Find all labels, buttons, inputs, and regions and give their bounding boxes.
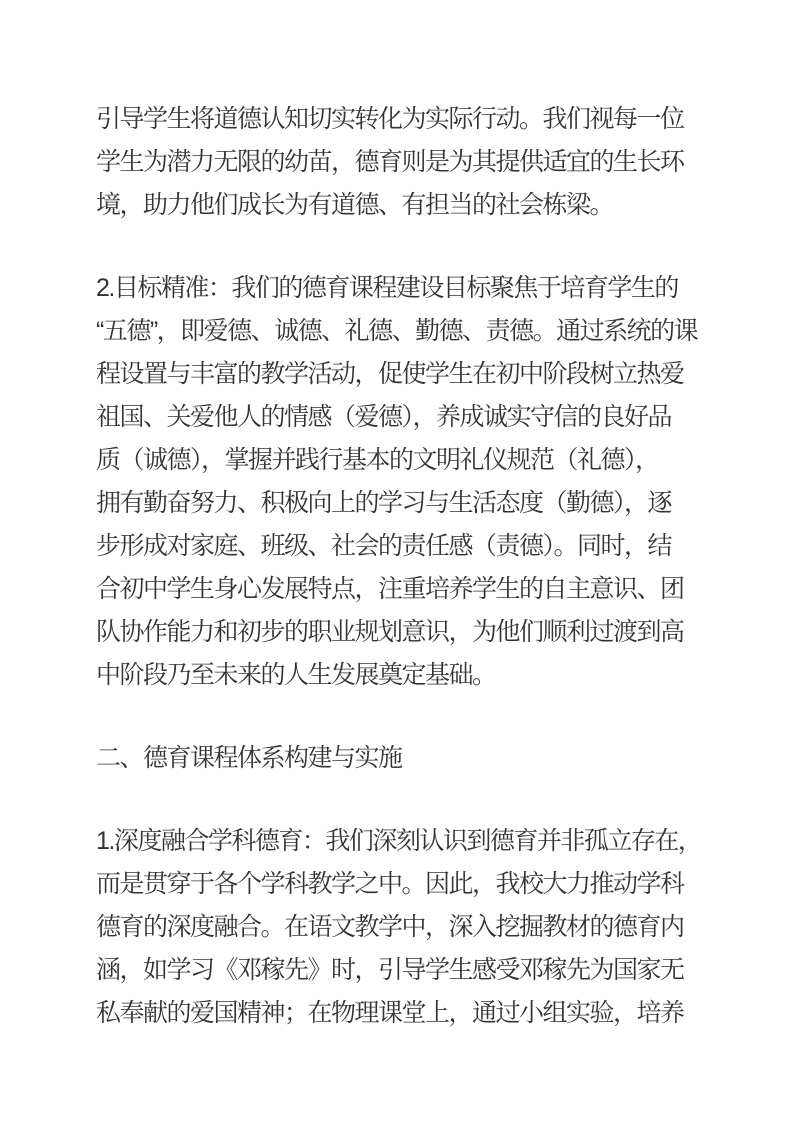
paragraph-moral-action-continuation: 引导学生将道德认知切实转化为实际行动。我们视每一位 学生为潜力无限的幼苗，德育则…: [96, 98, 793, 227]
section-heading-moral-curriculum: 二、德育课程体系构建与实施: [96, 737, 793, 780]
paragraph-goal-precision: 2.目标精准：我们的德育课程建设目标聚焦于培育学生的 “五德”，即爱德、诚德、礼…: [96, 267, 793, 697]
paragraph-subject-integration: 1.深度融合学科德育：我们深刻认识到德育并非孤立存在， 而是贯穿于各个学科教学之…: [96, 820, 793, 1035]
document-page: 引导学生将道德认知切实转化为实际行动。我们视每一位 学生为潜力无限的幼苗，德育则…: [0, 0, 793, 1122]
